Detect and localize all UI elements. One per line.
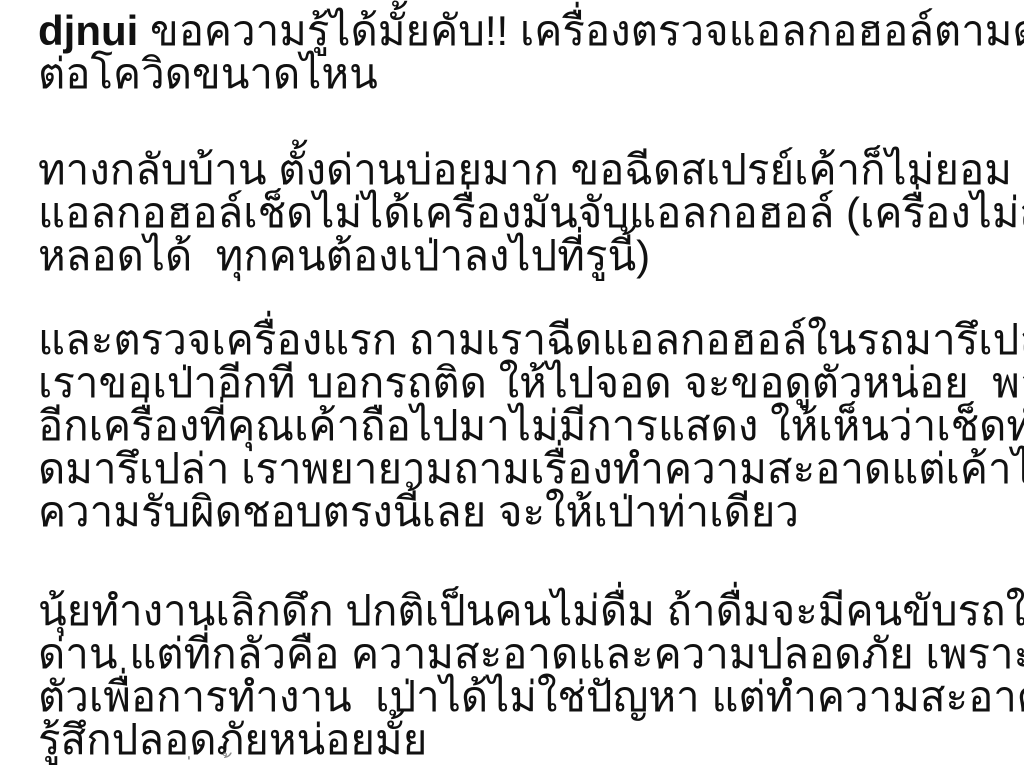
title-line-2: ต่อโควิดขนาดไหน: [38, 52, 1006, 95]
paragraph-safety-concern: นุ้ยทำงานเลิกดึก ปกติเป็นคนไม่ดื่ม ถ้าดื…: [38, 589, 1006, 761]
text-line: และตรวจเครื่องแรก ถามเราฉีดแอลกอฮอล์ในรถ…: [38, 318, 1006, 361]
text-line: ทางกลับบ้าน ตั้งด่านบ่อยมาก ขอฉีดสเปรย์เ…: [38, 148, 1006, 191]
text-line: เราขอเป่าอีกที บอกรถติด ให้ไปจอด จะขอดูต…: [38, 361, 1006, 404]
paragraph-checkpoint-experience: ทางกลับบ้าน ตั้งด่านบ่อยมาก ขอฉีดสเปรย์เ…: [38, 148, 1006, 277]
text-line: ตัวเพื่อการทำงาน เป่าได้ไม่ใช่ปัญหา แต่ท…: [38, 675, 1006, 718]
author-name: djnui: [38, 7, 138, 54]
text-line: รู้สึกปลอดภัยหน่อยมั้ย: [38, 718, 1006, 761]
paragraph-first-machine: และตรวจเครื่องแรก ถามเราฉีดแอลกอฮอล์ในรถ…: [38, 318, 1006, 533]
text-line: ดมารึเปล่า เราพยายามถามเรื่องทำความสะอาด…: [38, 447, 1006, 490]
title-line-1-text: ขอความรู้ได้มั้ยคับ!! เครื่องตรวจแอลกอฮอ…: [138, 7, 1024, 54]
text-line: อีกเครื่องที่คุณเค้าถือไปมาไม่มีการแสดง …: [38, 404, 1006, 447]
text-line: นุ้ยทำงานเลิกดึก ปกติเป็นคนไม่ดื่ม ถ้าดื…: [38, 589, 1006, 632]
text-line: ด่าน แต่ที่กลัวคือ ความสะอาดและความปลอดภ…: [38, 632, 1006, 675]
post-page: djnui ขอความรู้ได้มั้ยคับ!! เครื่องตรวจแ…: [0, 0, 1024, 779]
text-line: แอลกอฮอล์เช็ดไม่ได้เครื่องมันจับแอลกอฮอล…: [38, 191, 1006, 234]
text-line: หลอดได้ ทุกคนต้องเป่าลงไปที่รูนี้): [38, 234, 1006, 277]
title-line-1: djnui ขอความรู้ได้มั้ยคับ!! เครื่องตรวจแ…: [38, 9, 1006, 52]
post-title: djnui ขอความรู้ได้มั้ยคับ!! เครื่องตรวจแ…: [38, 9, 1006, 95]
text-line: ความรับผิดชอบตรงนี้เลย จะให้เป่าท่าเดียว: [38, 490, 1006, 533]
